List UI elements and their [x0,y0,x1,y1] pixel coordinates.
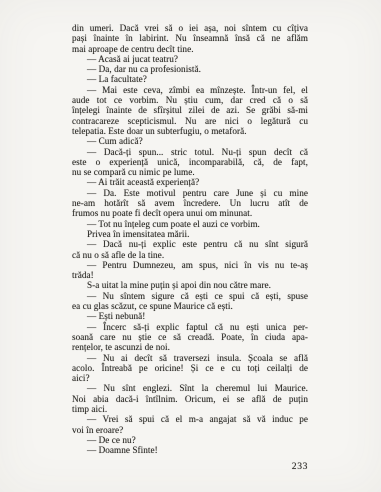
page-number: 233 [72,461,308,472]
text-line: înțelegi înainte de sfîrșitul zilei de a… [72,105,308,115]
text-line: — Da. Este motivul pentru care June și c… [72,188,308,198]
text-line: pași înainte în labirint. Nu înseamnă în… [72,33,308,43]
text-line: — Ești nebună! [72,311,308,321]
text-line: Privea în imensitatea mării. [72,229,308,239]
text-line: — Acasă ai jucat teatru? [72,54,308,64]
text-line: — Da, dar nu ca profesionistă. [72,64,308,74]
text-line: — Dacă nu-ți explic este pentru că nu sî… [72,239,308,249]
text-line: telepatia. Este doar un subterfugiu, o m… [72,126,308,136]
text-line: S-a uitat la mine puțin și apoi din nou … [72,280,308,290]
text-line: că nu o să afle de la tine. [72,250,308,260]
text-line: frumos nu poate fi decît opera unui om m… [72,208,308,218]
text-line: rențelor, te ascunzi de noi. [72,342,308,352]
page-text: din umeri. Dacă vrei să o iei așa, noi s… [72,23,308,455]
text-line: trăda! [72,270,308,280]
text-line: din umeri. Dacă vrei să o iei așa, noi s… [72,23,308,33]
text-line: — Dacă-ți spun... stric totul. Nu-ți spu… [72,147,308,157]
book-page: din umeri. Dacă vrei să o iei așa, noi s… [0,0,381,492]
text-line: ne-am hotărît să avem încredere. Un lucr… [72,198,308,208]
text-line: aude tot ce vorbim. Nu știu cum, dar cre… [72,95,308,105]
text-line: acolo. Întreabă pe oricine! Și ce e cu t… [72,363,308,373]
text-line: este o experiență unică, incomparabilă, … [72,157,308,167]
text-line: — Nu sînt englezi. Sînt la cheremul lui … [72,383,308,393]
text-line: aici? [72,373,308,383]
text-line: contracareze scepticismul. Nu are nici o… [72,116,308,126]
text-line: — La facultate? [72,74,308,84]
text-line: timp aici. [72,404,308,414]
text-line: — Încerc să-ți explic faptul că nu ești … [72,322,308,332]
text-line: — Nu sîntem sigure că ești ce spui că eș… [72,291,308,301]
text-line: voi în eroare? [72,425,308,435]
text-line: — Ai trăit această experiență? [72,177,308,187]
text-line: soană care nu știe ce să creadă. Poate, … [72,332,308,342]
text-line: — Pentru Dumnezeu, am spus, nici în vis … [72,260,308,270]
text-line: — Vrei să spui că el m-a angajat să vă i… [72,414,308,424]
text-line: — Mai este ceva, zîmbi ea mînzește. Într… [72,85,308,95]
text-line: — Cum adică? [72,136,308,146]
text-line: nu se compară cu nimic pe lume. [72,167,308,177]
text-line: — De ce nu? [72,435,308,445]
text-line: mai aproape de centru decît tine. [72,44,308,54]
text-line: — Nu ai decît să traversezi insula. Școa… [72,353,308,363]
text-line: — Doamne Sfinte! [72,445,308,455]
text-line: Noi abia dacă-i întîlnim. Oricum, ei se … [72,394,308,404]
text-line: — Tot nu înțeleg cum poate el auzi ce vo… [72,219,308,229]
text-line: ea cu glas scăzut, ce spune Maurice că e… [72,301,308,311]
